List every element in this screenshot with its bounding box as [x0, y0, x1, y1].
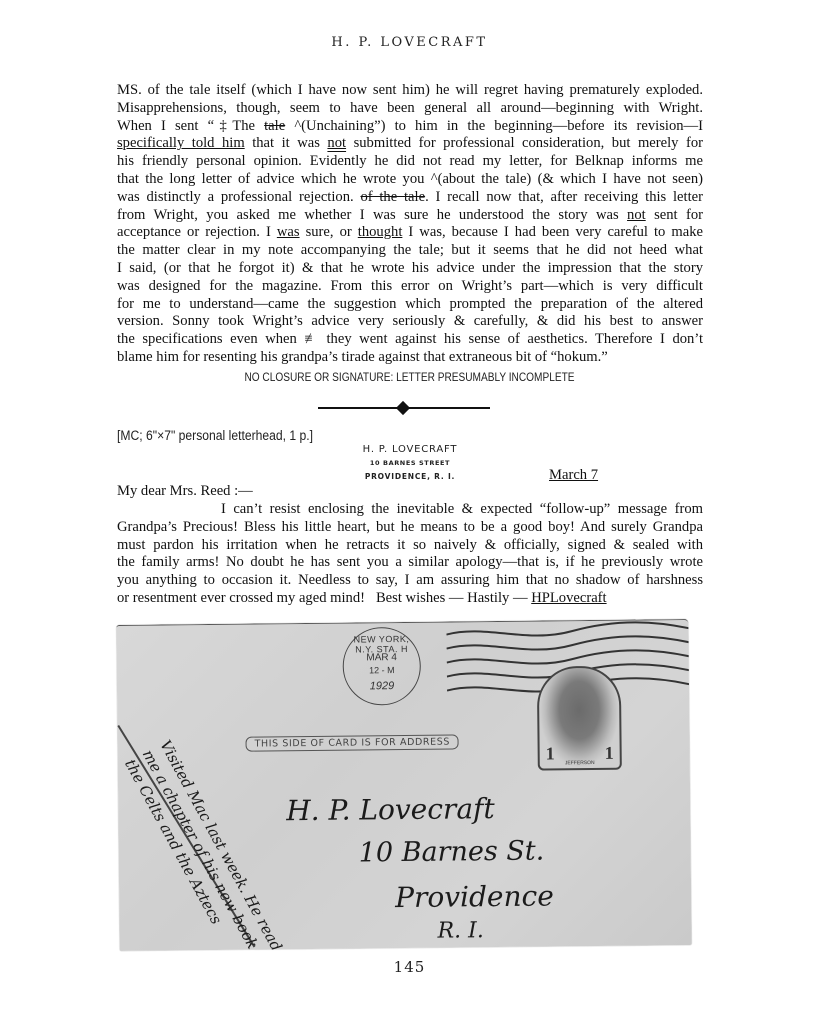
address-state: R. I. — [437, 918, 483, 943]
letterhead-name: H. P. LOVECRAFT — [340, 444, 480, 455]
text-line: must pardon his irritation when he retra… — [117, 537, 703, 555]
underlined-text: not — [627, 207, 646, 223]
address-banner: THIS SIDE OF CARD IS FOR ADDRESS — [245, 734, 459, 751]
struck-text: tale — [264, 118, 285, 134]
source-note: [MC; 6"×7" personal letterhead, 1 p.] — [117, 428, 313, 443]
salutation: My dear Mrs. Reed :— — [117, 483, 253, 500]
address-name: H. P. Lovecraft — [286, 792, 495, 827]
letterhead-city: PROVIDENCE, R. I. — [340, 472, 480, 481]
page-number: 145 — [0, 958, 819, 976]
jefferson-stamp-icon: 1 1 JEFFERSON — [537, 666, 622, 771]
text-line: I said, (or that he forgot it) & that he… — [117, 260, 703, 278]
text-line: the family arms! No doubt he has sent yo… — [117, 554, 703, 572]
text-line: version. Sonny took Wright’s advice very… — [117, 313, 703, 331]
text-line: was distinctly a professional rejection.… — [117, 189, 703, 207]
insertion-mark: ‡ — [214, 118, 232, 134]
text-line: acceptance or rejection. I was sure, or … — [117, 224, 703, 242]
text-line: the specifications even when ≢ they went… — [117, 331, 703, 349]
underlined-text: specifically told him — [117, 135, 245, 151]
stamp-name: JEFFERSON — [540, 760, 620, 767]
text-line: or resentment ever crossed my aged mind!… — [117, 590, 703, 608]
double-underlined-text: not — [327, 135, 346, 151]
running-head: H. P. LOVECRAFT — [0, 35, 819, 50]
letterhead: H. P. LOVECRAFT 10 BARNES STREET PROVIDE… — [340, 444, 480, 481]
text-line: from Wright, you asked me whether I was … — [117, 207, 703, 225]
letter-body: I can’t resist enclosing the inevitable … — [117, 501, 703, 608]
address-city: Providence — [395, 879, 554, 914]
text-line: the matter clear in my note accompanying… — [117, 242, 703, 260]
text-line: Grandpa’s Precious! Bless his little hea… — [117, 519, 703, 537]
postcard-image: NEW YORK, N.Y. STA. H MAR 4 12 - M 1929 … — [116, 619, 691, 951]
section-divider — [318, 402, 490, 414]
text-line: was designed for the magazine. From this… — [117, 278, 703, 296]
underlined-text: was — [277, 224, 300, 240]
handwritten-margin-note: Visited Mac last week. He read me a chap… — [120, 737, 297, 951]
editorial-note: NO CLOSURE OR SIGNATURE: LETTER PRESUMAB… — [49, 372, 770, 384]
letter-date: March 7 — [549, 467, 598, 484]
text-line: I can’t resist enclosing the inevitable … — [117, 501, 703, 519]
underlined-text: thought — [358, 224, 403, 240]
postmark: NEW YORK, N.Y. STA. H MAR 4 12 - M 1929 — [342, 627, 421, 706]
postmark-year: 1929 — [344, 680, 420, 693]
text-line: MS. of the tale itself (which I have now… — [117, 82, 703, 100]
text-line: that the long letter of advice which he … — [117, 171, 703, 189]
text-line: specifically told him that it was not su… — [117, 135, 703, 153]
address-street: 10 Barnes St. — [359, 836, 545, 869]
signature: HPLovecraft — [531, 590, 606, 606]
text-line: When I sent “‡The tale ^(Unchaining”) to… — [117, 118, 703, 136]
text-line: for me to understand—came the suggestion… — [117, 296, 703, 314]
postmark-date: MAR 4 — [344, 652, 420, 664]
postmark-time: 12 - M — [344, 665, 420, 676]
struck-text: of the tale — [360, 189, 425, 205]
text-line: blame him for resenting his grandpa’s ti… — [117, 349, 703, 367]
text-line: you anything to occasion it. Needless to… — [117, 572, 703, 590]
letter-fragment: MS. of the tale itself (which I have now… — [117, 82, 703, 367]
diamond-ornament-icon — [396, 401, 410, 415]
text-line: his friendly personal opinion. Evidently… — [117, 153, 703, 171]
text-line: Misapprehensions, though, seem to have b… — [117, 100, 703, 118]
letterhead-street: 10 BARNES STREET — [340, 459, 480, 467]
